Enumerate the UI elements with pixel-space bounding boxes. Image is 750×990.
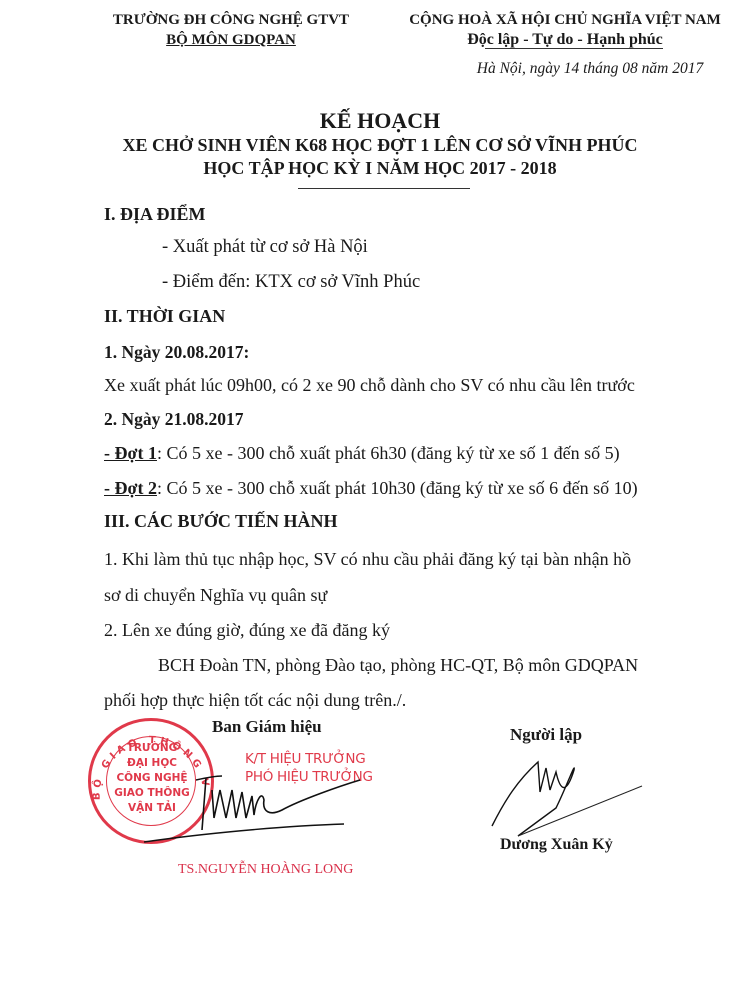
right-signatory-name: Dương Xuân Kỷ (500, 836, 613, 854)
right-handwritten-signature (0, 0, 750, 990)
